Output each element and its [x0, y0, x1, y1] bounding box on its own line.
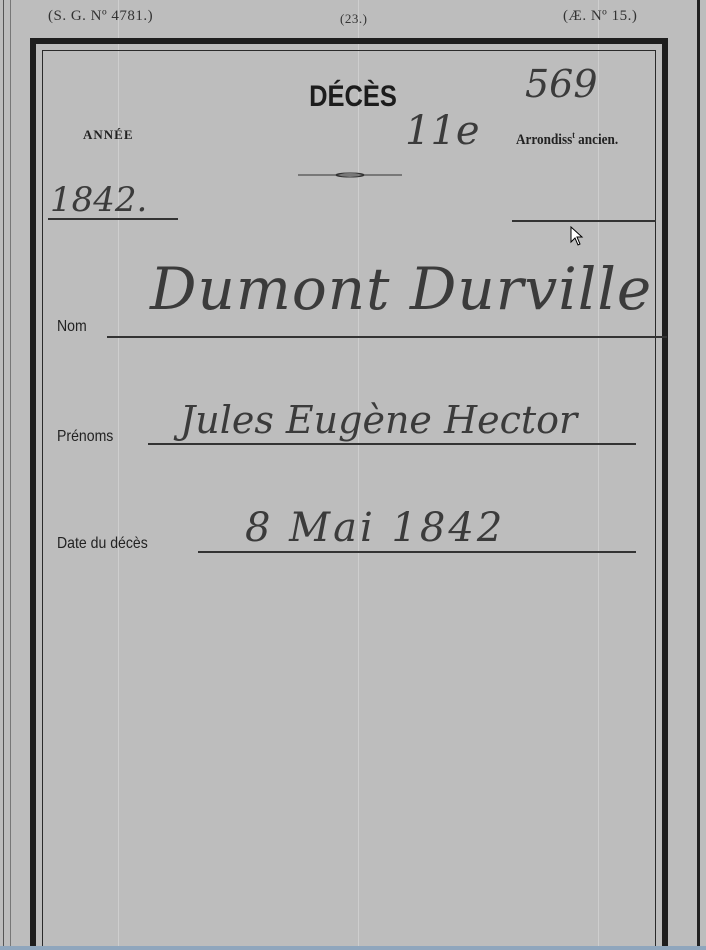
date-deces-label: Date du décès	[57, 535, 148, 553]
sg-reference: (S. G. Nº 4781.)	[48, 8, 153, 25]
date-deces-value: 8 Mai 1842	[245, 505, 505, 551]
ornament-divider	[298, 172, 402, 178]
annee-value: 1842.	[50, 180, 147, 220]
left-edge-line	[3, 0, 4, 946]
ae-reference: (Æ. Nº 15.)	[563, 8, 637, 25]
arrondissement-value: 11e	[405, 108, 480, 154]
nom-label: Nom	[57, 318, 87, 336]
nom-rule	[107, 336, 667, 338]
arrondissement-label: Arrondisst ancien.	[516, 130, 618, 149]
annee-rule	[48, 218, 178, 220]
arrondissement-rule	[512, 220, 656, 222]
annee-label: ANNÉE	[83, 127, 134, 143]
prenoms-rule	[148, 443, 636, 445]
nom-value: Dumont Durville	[150, 255, 652, 323]
window-bottom-border	[0, 946, 706, 950]
right-edge-line	[697, 0, 700, 946]
prenoms-value: Jules Eugène Hector	[180, 398, 577, 442]
prenoms-label: Prénoms	[57, 428, 113, 446]
record-number: 569	[525, 62, 598, 106]
mouse-cursor-icon	[570, 226, 584, 246]
date-deces-rule	[198, 551, 636, 553]
document-page: (S. G. Nº 4781.) (23.) (Æ. Nº 15.) DÉCÈS…	[0, 0, 706, 946]
left-edge-line-2	[10, 0, 11, 946]
page-number: (23.)	[340, 11, 367, 27]
